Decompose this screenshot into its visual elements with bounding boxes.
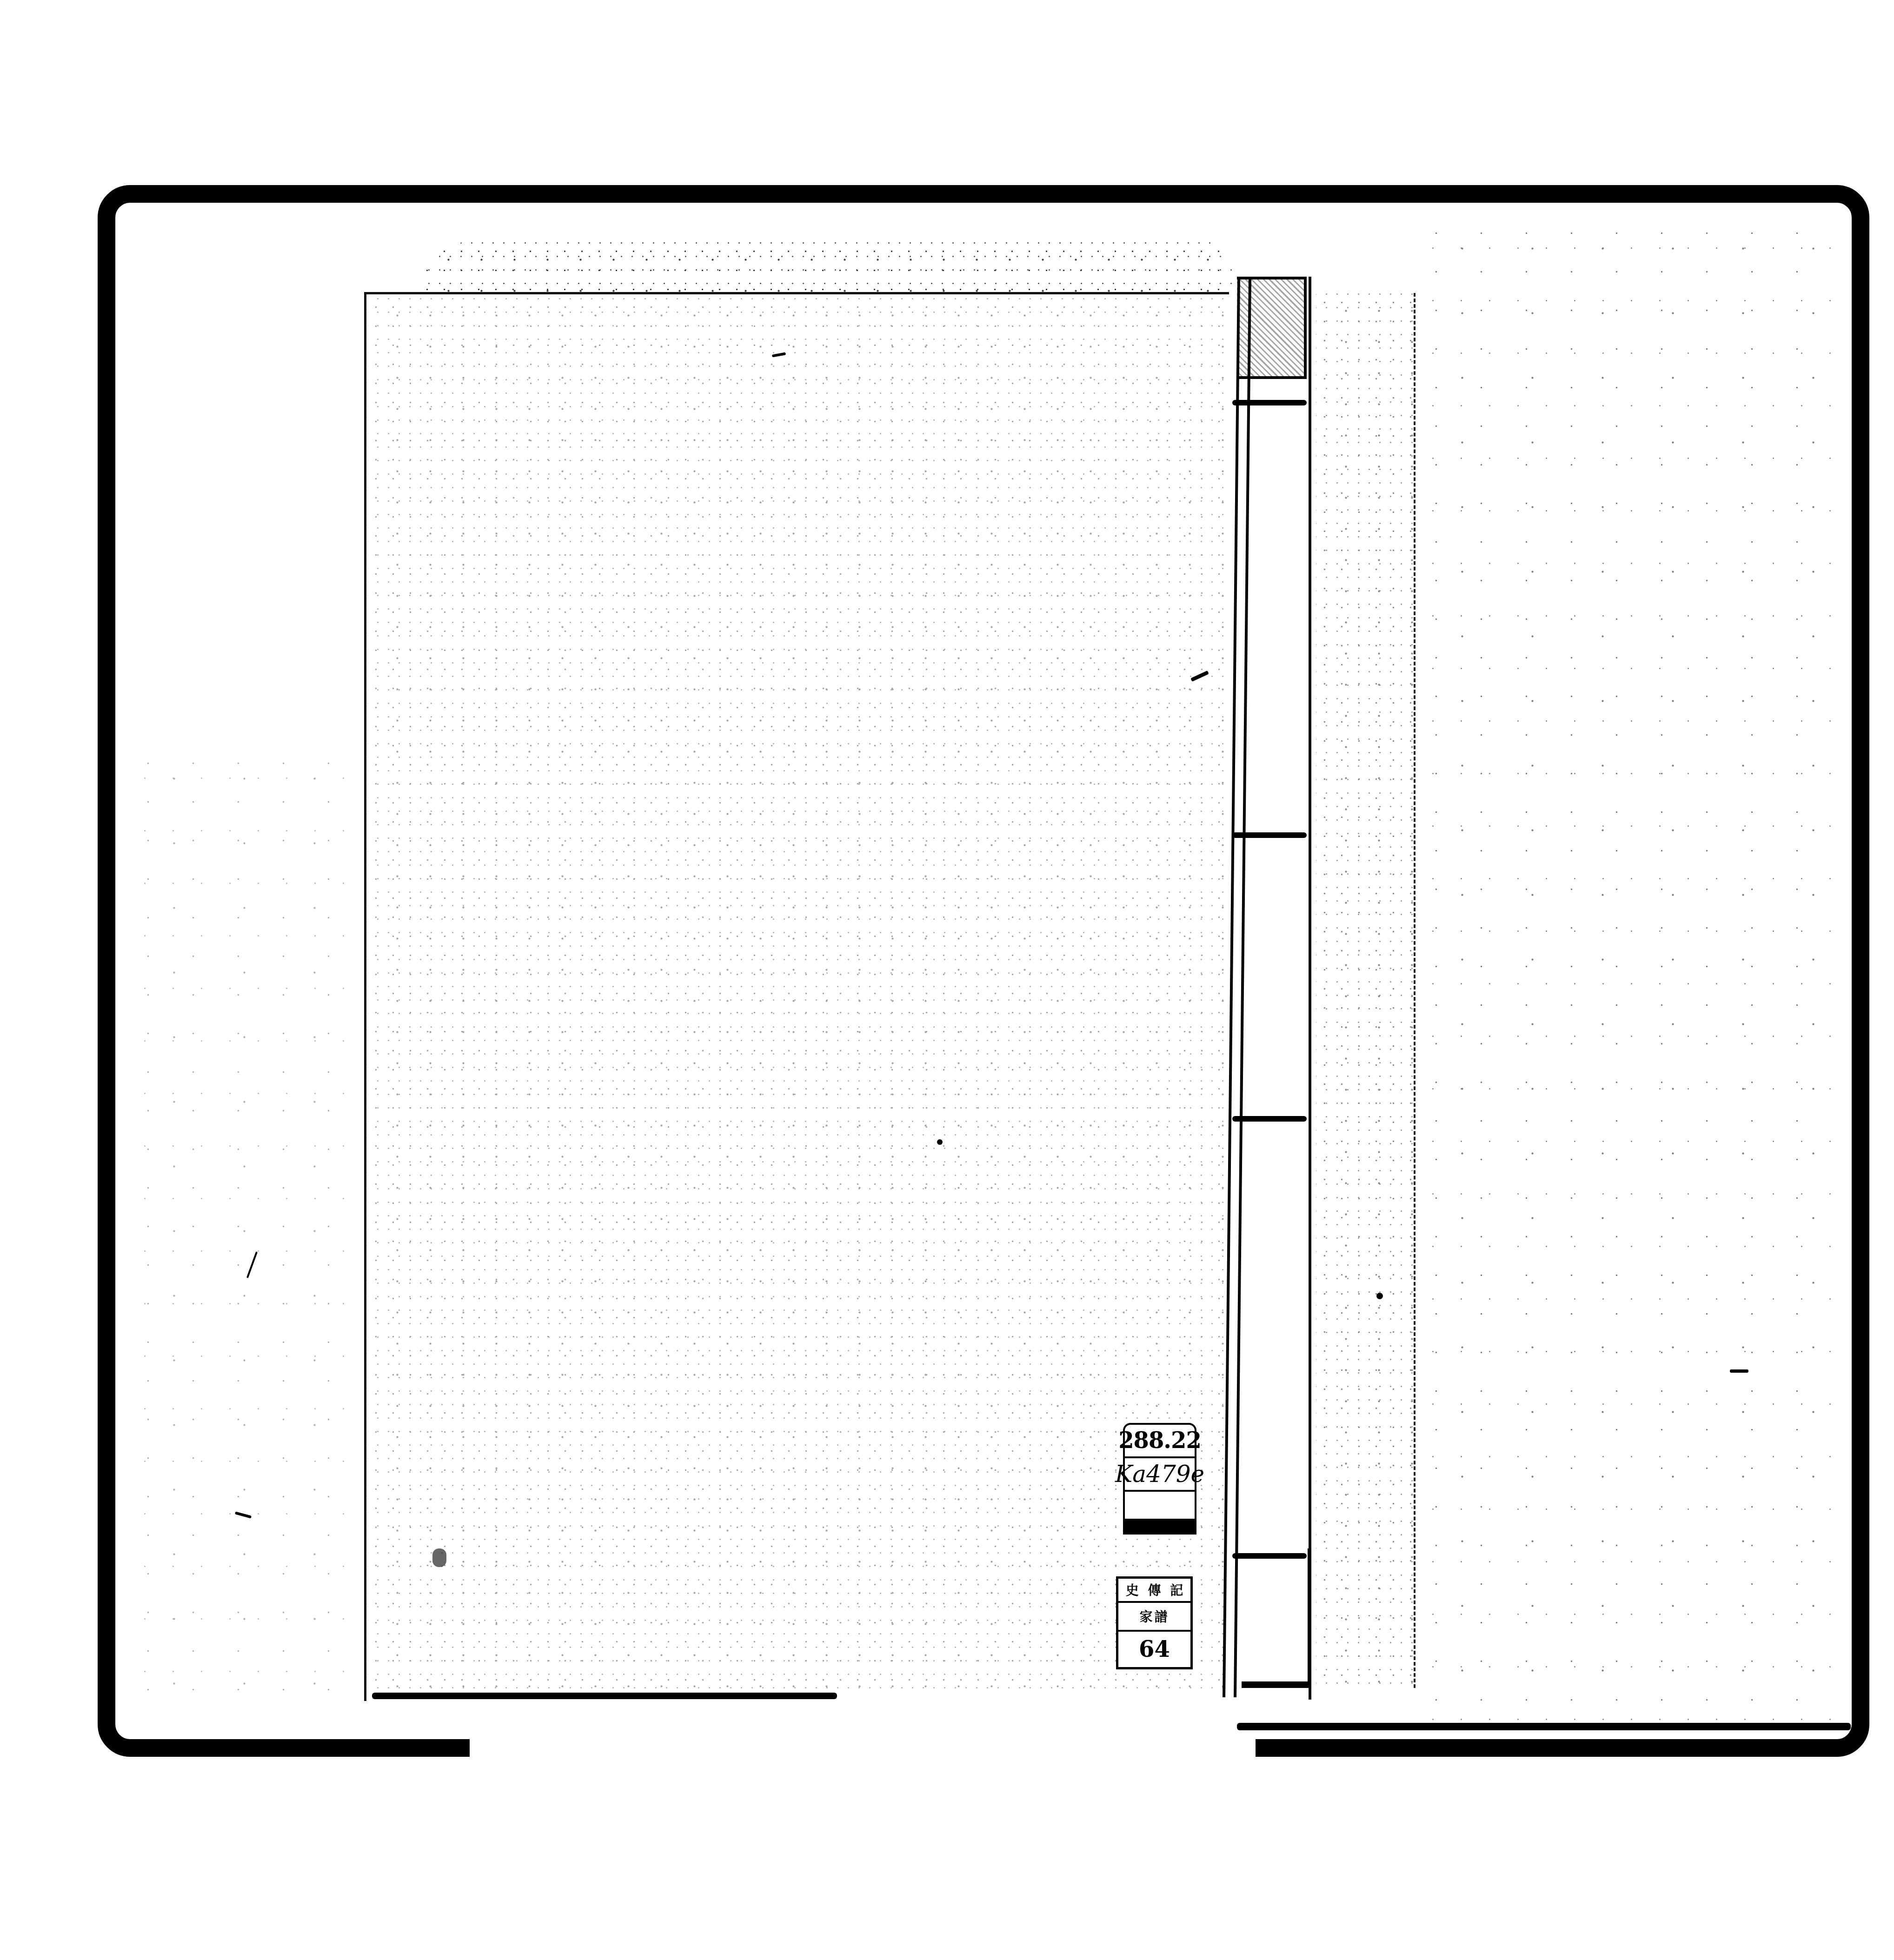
label-black-band — [1125, 1519, 1195, 1533]
speck-mark — [1730, 1369, 1748, 1373]
cover-bottom-edge — [372, 1693, 837, 1699]
cutter-number: Ka479e — [1125, 1458, 1195, 1492]
cover-texture — [367, 298, 1225, 1697]
call-number-label: 288.22 Ka479e — [1123, 1423, 1196, 1535]
classification-number: 288.22 — [1125, 1425, 1195, 1458]
blank-row — [1125, 1492, 1195, 1519]
volume-number: 64 — [1118, 1632, 1190, 1667]
speck-mark — [1376, 1293, 1383, 1299]
category-row: 史 傳 記 — [1118, 1579, 1190, 1603]
cover-bottom-edge-right — [1237, 1723, 1851, 1730]
spine-cap-bottom — [1242, 1548, 1311, 1688]
frame-bottom-gap — [470, 1737, 1256, 1774]
category-char-3: 記 — [1170, 1581, 1183, 1599]
back-board-texture — [1316, 293, 1414, 1688]
subcategory-row: 家譜 — [1118, 1603, 1190, 1632]
book-top-edge-shadow — [419, 242, 1232, 293]
speck-mark — [432, 1548, 446, 1567]
category-char-1: 史 — [1126, 1581, 1139, 1599]
paper-speckle-left — [126, 744, 358, 1721]
paper-speckle-right — [1414, 214, 1841, 1721]
binding-stitch-2 — [1232, 832, 1307, 838]
category-char-2: 傳 — [1148, 1581, 1161, 1599]
subject-label: 史 傳 記 家譜 64 — [1116, 1576, 1193, 1669]
binding-stitch-4 — [1232, 1553, 1307, 1559]
speck-mark — [937, 1139, 943, 1145]
binding-stitch-1 — [1232, 400, 1307, 405]
binding-stitch-3 — [1232, 1116, 1307, 1122]
